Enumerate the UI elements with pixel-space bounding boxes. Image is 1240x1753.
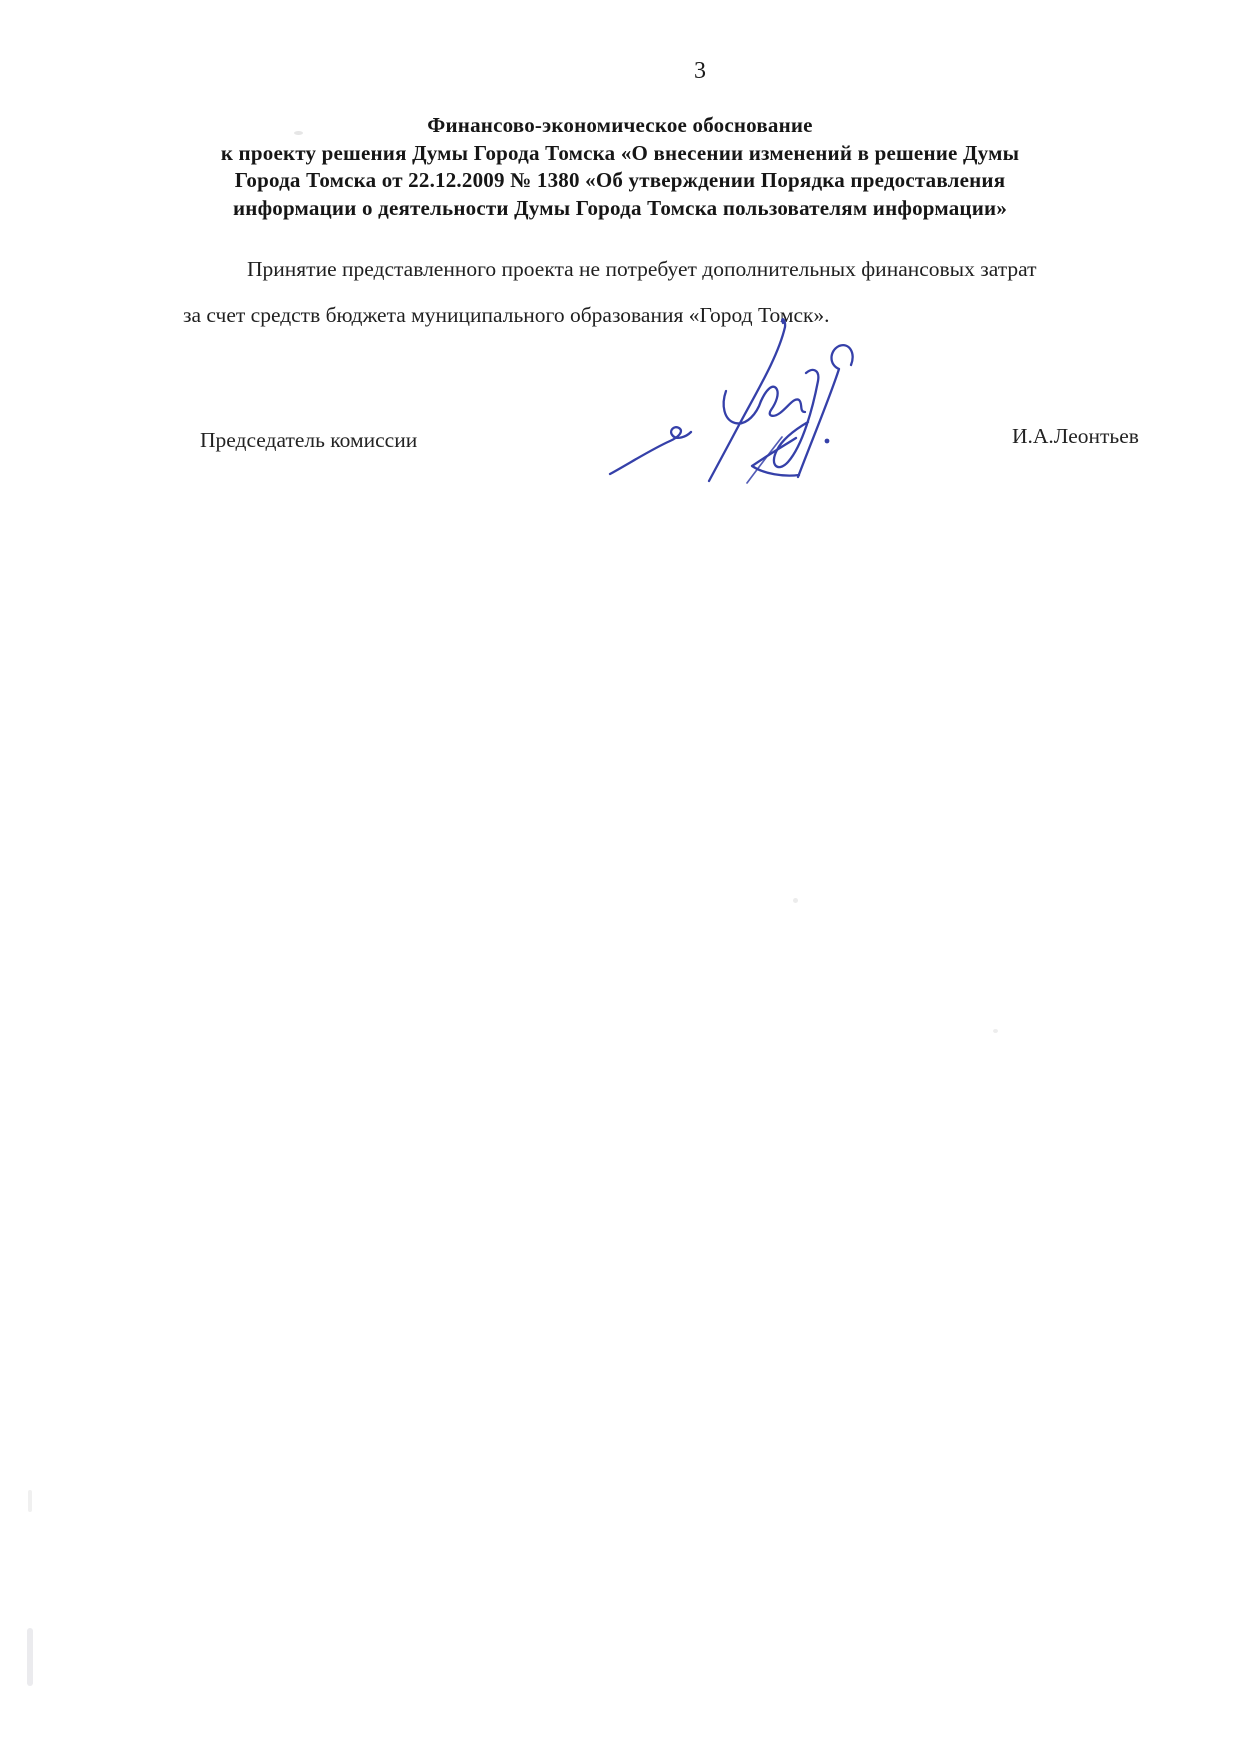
scan-artifact bbox=[793, 898, 798, 903]
handwritten-signature-ink bbox=[540, 285, 860, 485]
signatory-name: И.А.Леонтьев bbox=[1012, 424, 1139, 449]
title-line: Города Томска от 22.12.2009 № 1380 «Об у… bbox=[120, 167, 1120, 195]
title-line: информации о деятельности Думы Города То… bbox=[120, 195, 1120, 223]
document-title: Финансово-экономическое обоснование к пр… bbox=[120, 112, 1120, 222]
signatory-role-label: Председатель комиссии bbox=[200, 428, 417, 453]
title-line: Финансово-экономическое обоснование bbox=[120, 112, 1120, 140]
page-number: 3 bbox=[694, 58, 706, 85]
scan-artifact bbox=[28, 1490, 32, 1512]
scan-artifact bbox=[993, 1029, 998, 1033]
document-page: 3 Финансово-экономическое обоснование к … bbox=[0, 0, 1240, 1753]
scan-artifact bbox=[27, 1628, 33, 1686]
title-line: к проекту решения Думы Города Томска «О … bbox=[120, 140, 1120, 168]
scan-artifact bbox=[294, 131, 303, 135]
